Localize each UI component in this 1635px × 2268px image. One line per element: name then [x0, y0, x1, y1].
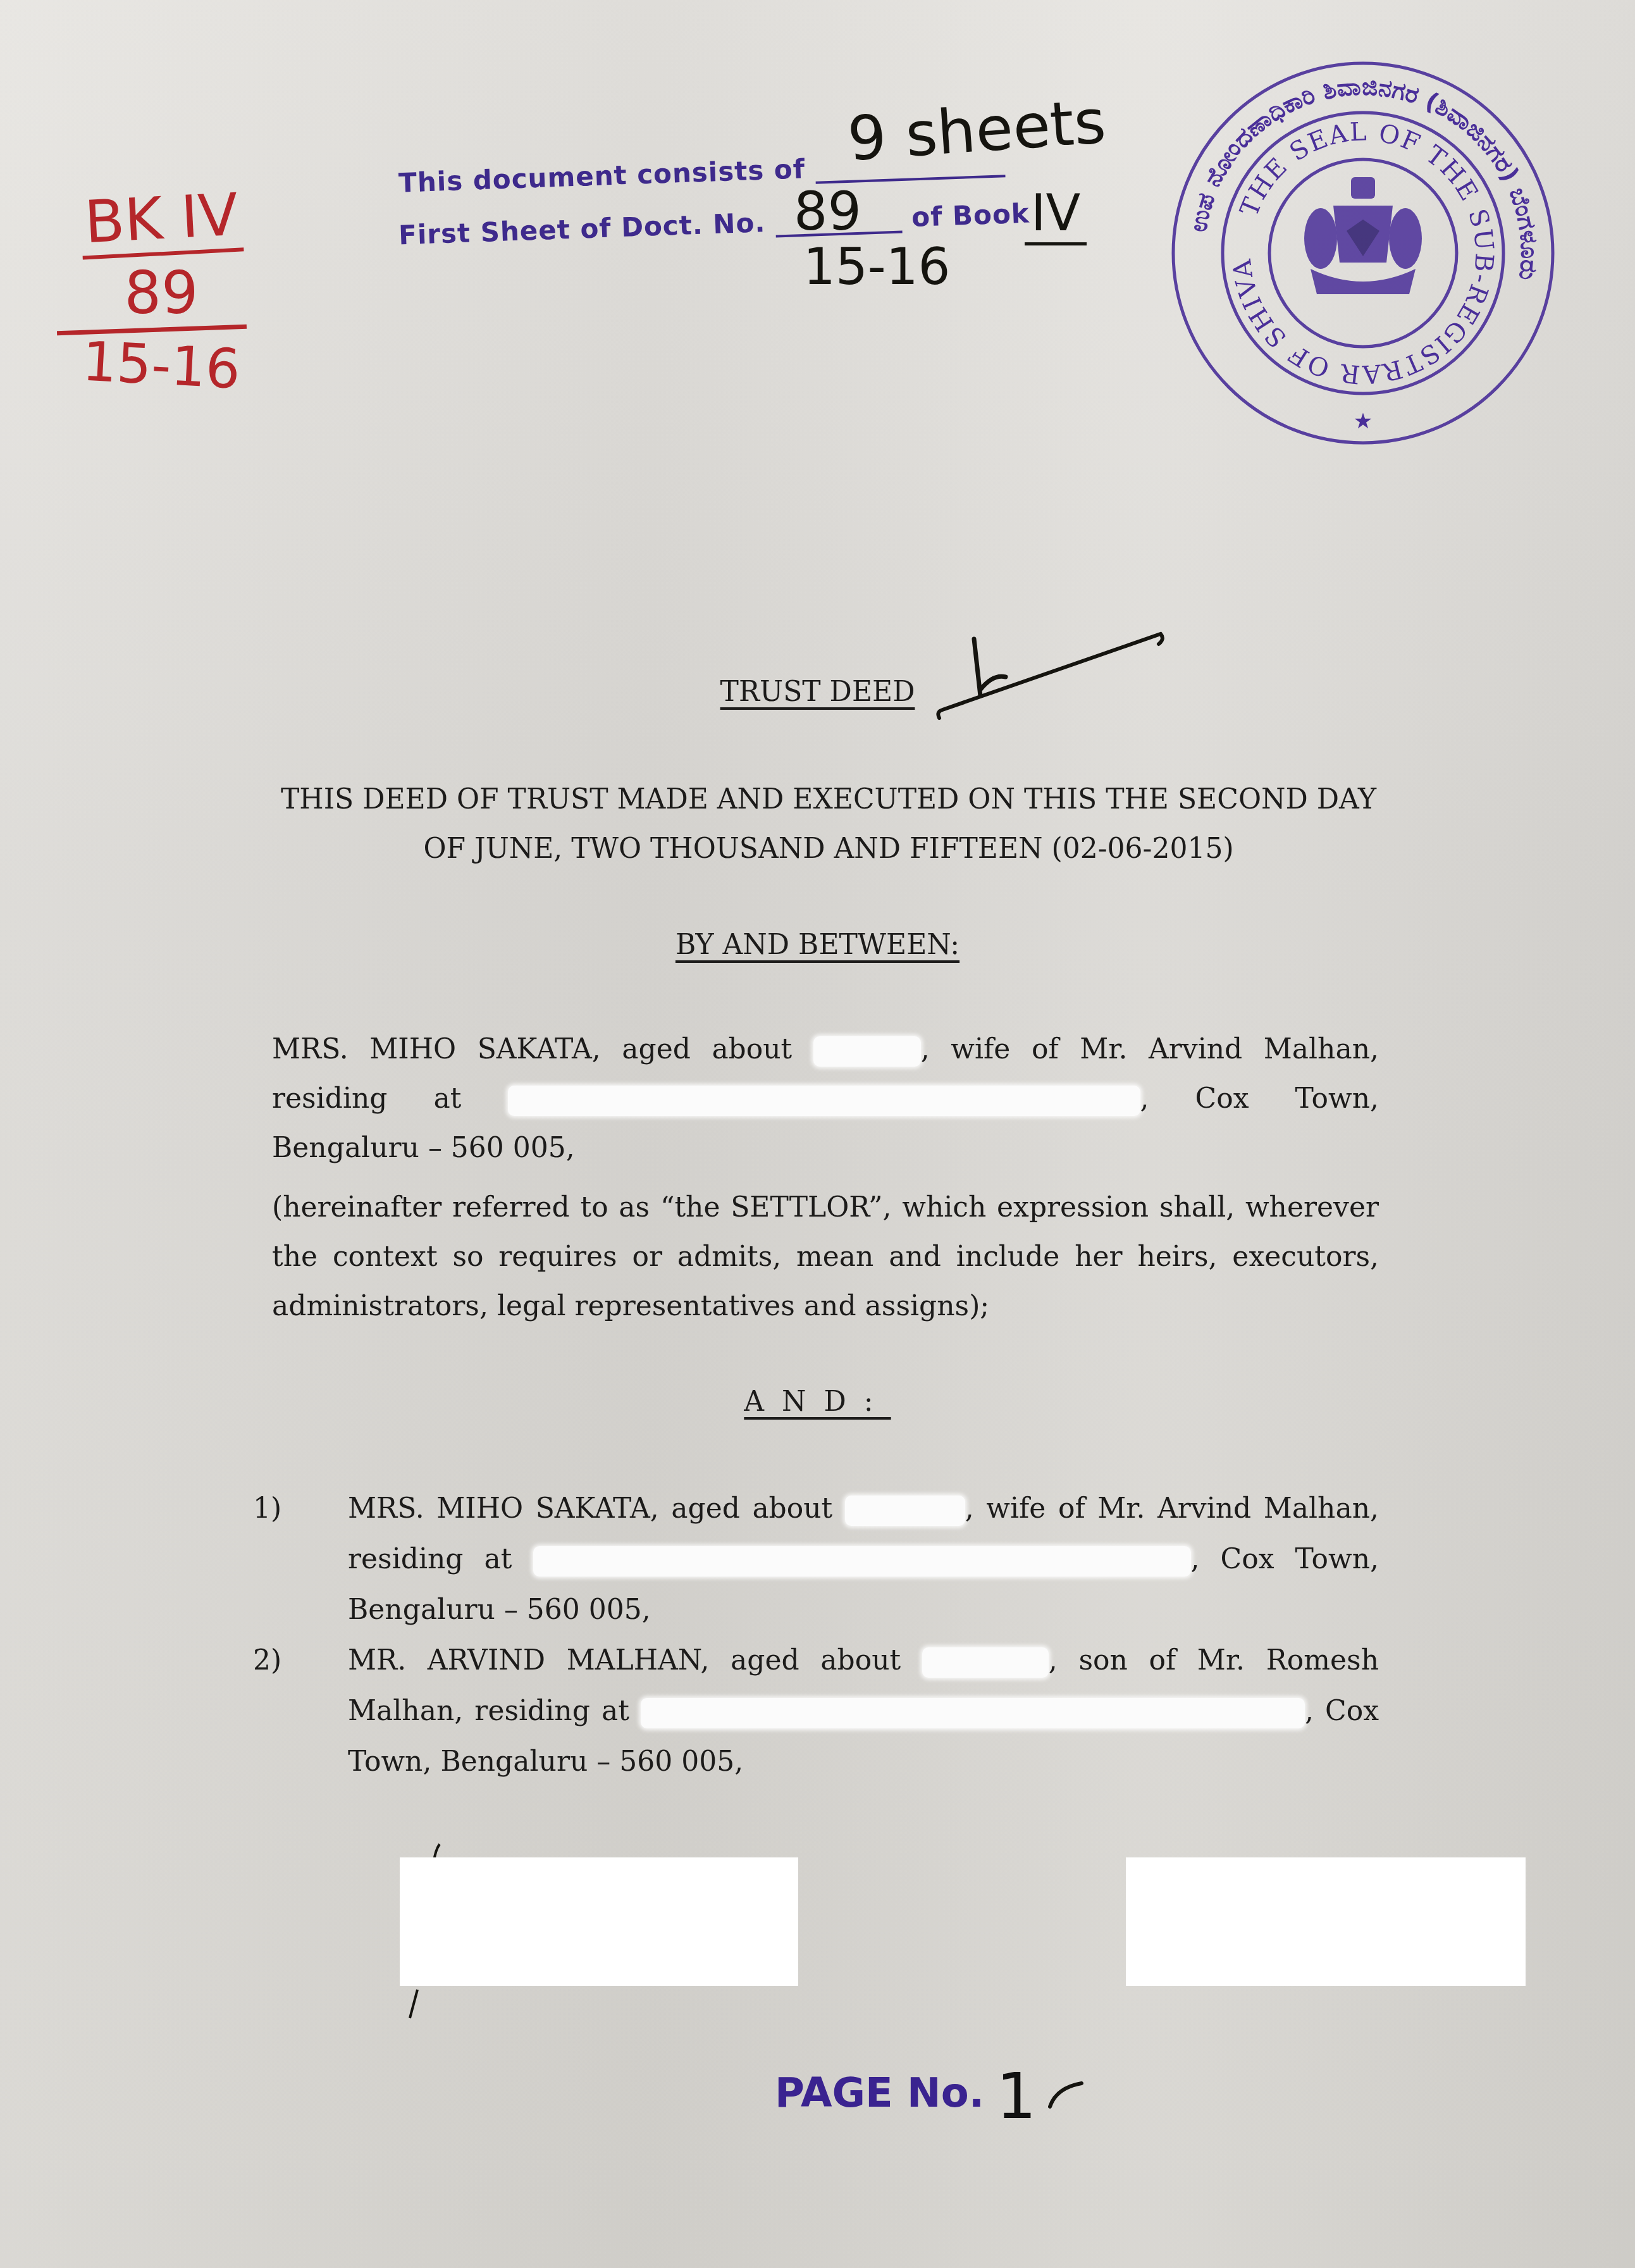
list-item-number: 1) [253, 1484, 348, 1635]
list-item: 2) MR. ARVIND MALHAN, aged about , son o… [253, 1635, 1379, 1787]
redacted-address [641, 1698, 1305, 1728]
book-number-note: BK IV [79, 185, 244, 259]
page-initial-tick-icon [1047, 2078, 1085, 2110]
deed-intro: THIS DEED OF TRUST MADE AND EXECUTED ON … [272, 775, 1385, 874]
stamp-docno-label: First Sheet of Doct. No. [398, 207, 766, 251]
page-number-value: 1 [996, 2059, 1037, 2133]
by-and-between-heading: BY AND BETWEEN: [676, 929, 959, 961]
redacted-signature-settlor [400, 1857, 798, 1986]
trustee-name: MR. ARVIND MALHAN, aged about [348, 1644, 901, 1676]
state-emblem-icon [1304, 177, 1422, 294]
year-note: 15-16 [56, 333, 267, 398]
and-heading: AND: [744, 1385, 891, 1418]
handwritten-doc-number: 89 [794, 180, 861, 242]
settlor-paragraph: MRS. MIHO SAKATA, aged about , wife of M… [272, 1025, 1379, 1173]
handwritten-initial-tick-icon [936, 626, 1176, 721]
handwritten-book-number: IV [1025, 183, 1087, 245]
redacted-address [508, 1086, 1140, 1116]
and-block: AND: [0, 1385, 1635, 1418]
deed-title: TRUST DEED [720, 676, 915, 708]
stamp-book-label: of Book [911, 198, 1030, 233]
settlor-definition: (hereinafter referred to as “the SETTLOR… [272, 1183, 1379, 1331]
page-number-stamp: PAGE No. [775, 2070, 984, 2117]
by-and-between-block: BY AND BETWEEN: [0, 929, 1635, 961]
list-item: 1) MRS. MIHO SAKATA, aged about , wife o… [253, 1484, 1379, 1635]
redacted-age [813, 1036, 921, 1067]
redacted-age [845, 1496, 965, 1526]
red-margin-annotation: BK IV 89 15-16 [57, 190, 266, 393]
list-item-number: 2) [253, 1635, 348, 1787]
seal-star-icon: ★ [1354, 409, 1373, 434]
settlor-name: MRS. MIHO SAKATA, aged about [272, 1033, 792, 1065]
redacted-age [922, 1647, 1049, 1678]
trustees-list: 1) MRS. MIHO SAKATA, aged about , wife o… [253, 1484, 1379, 1787]
redacted-signature-trustee [1126, 1857, 1526, 1986]
redacted-address [533, 1546, 1191, 1577]
sub-registrar-seal-icon: ಉಪ ನೋಂದಣಾಧಿಕಾರಿ ಶಿವಾಜಿನಗರ (ಶಿವಾಜಿನಗರ) ಬೆ… [1164, 54, 1562, 452]
trustee-name: MRS. MIHO SAKATA, aged about [348, 1492, 832, 1525]
handwritten-sheets-count: 9 sheets [846, 86, 1108, 175]
deed-title-block: TRUST DEED [0, 676, 1635, 708]
stamp-sheets-label: This document consists of [398, 153, 805, 198]
handwritten-year: 15-16 [803, 237, 950, 296]
document-number-note: 89 [57, 264, 266, 323]
